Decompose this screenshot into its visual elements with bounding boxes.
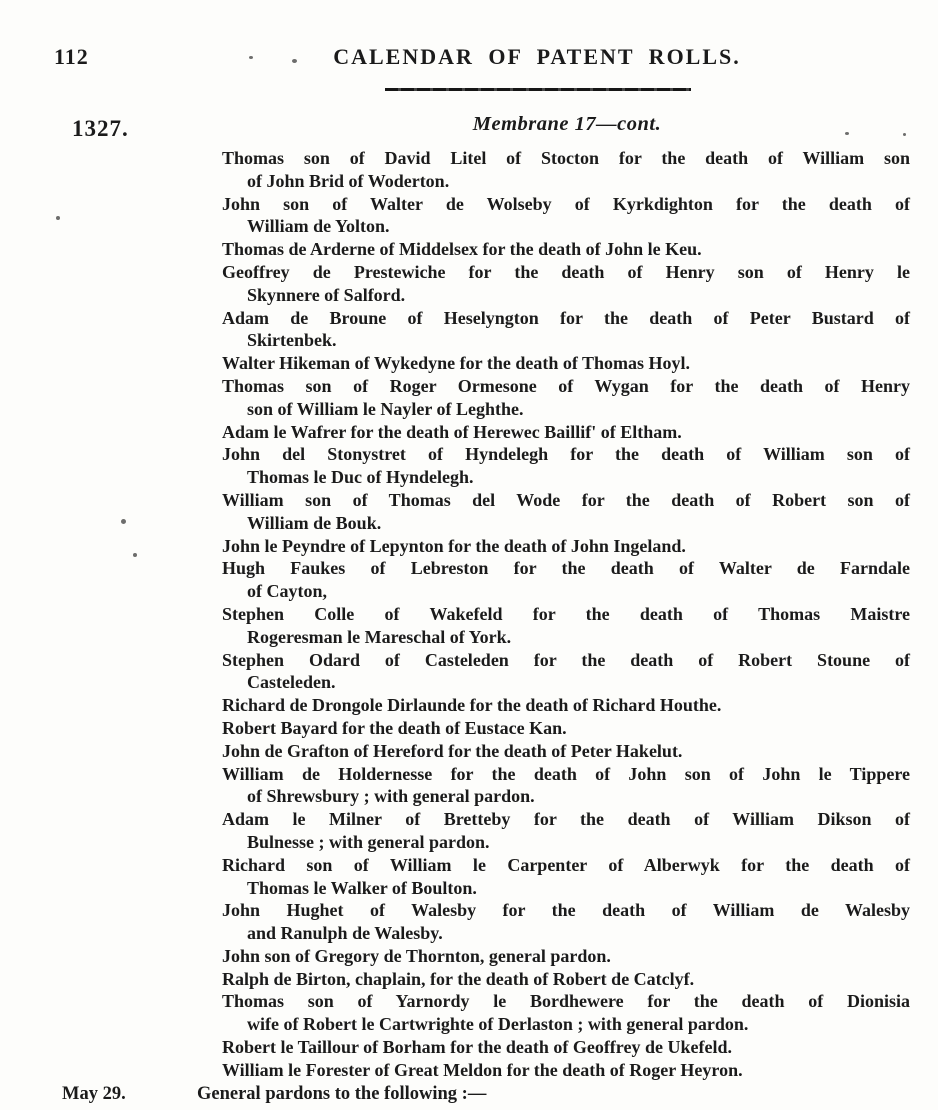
pardon-entry: Thomas son of Yarnordy le Bordhewere for… — [222, 990, 910, 1036]
entry-line: of Cayton, — [222, 580, 910, 603]
entry-line: William de Bouk. — [222, 512, 910, 535]
entry-line: John Hughet of Walesby for the death of … — [222, 899, 910, 922]
margin-year: 1327. — [72, 116, 129, 142]
pardon-entry: Thomas son of David Litel of Stocton for… — [222, 147, 910, 193]
entry-line: Adam le Milner of Bretteby for the death… — [222, 808, 910, 831]
scan-speck — [133, 553, 137, 557]
entry-line: John del Stonystret of Hyndelegh for the… — [222, 443, 910, 466]
membrane-heading: Membrane 17—cont. — [166, 113, 938, 136]
pardon-entry: Robert le Taillour of Borham for the dea… — [222, 1036, 910, 1059]
pardon-entry: Geoffrey de Prestewiche for the death of… — [222, 261, 910, 307]
pardon-entry: William de Holdernesse for the death of … — [222, 763, 910, 809]
pardon-entry-list: Thomas son of David Litel of Stocton for… — [197, 147, 910, 1082]
entry-line: Skirtenbek. — [222, 329, 910, 352]
entry-line: Skynnere of Salford. — [222, 284, 910, 307]
entry-line: Thomas son of Roger Ormesone of Wygan fo… — [222, 375, 910, 398]
pardon-entry: Robert Bayard for the death of Eustace K… — [222, 717, 910, 740]
page-number: 112 — [54, 44, 89, 70]
entry-line: Thomas le Walker of Boulton. — [222, 877, 910, 900]
pardon-entry: Adam de Broune of Heselyngton for the de… — [222, 307, 910, 353]
pardon-entry: John son of Walter de Wolseby of Kyrkdig… — [222, 193, 910, 239]
entry-line: wife of Robert le Cartwrighte of Derlast… — [222, 1013, 910, 1036]
entry-line: Richard son of William le Carpenter of A… — [222, 854, 910, 877]
entry-line: Hugh Faukes of Lebreston for the death o… — [222, 557, 910, 580]
entry-line: William de Yolton. — [222, 215, 910, 238]
entry-line: Robert Bayard for the death of Eustace K… — [222, 717, 910, 740]
entry-line: of Shrewsbury ; with general pardon. — [222, 785, 910, 808]
entry-line: Adam de Broune of Heselyngton for the de… — [222, 307, 910, 330]
pardon-entry: Walter Hikeman of Wykedyne for the death… — [222, 352, 910, 375]
pardon-entry: Ralph de Birton, chaplain, for the death… — [222, 968, 910, 991]
scan-speck — [845, 132, 849, 135]
pardon-entry: John Hughet of Walesby for the death of … — [222, 899, 910, 945]
entry-line: Thomas le Duc of Hyndelegh. — [222, 466, 910, 489]
pardon-entry: Thomas son of Roger Ormesone of Wygan fo… — [222, 375, 910, 421]
pardon-entry: William le Forester of Great Meldon for … — [222, 1059, 910, 1082]
entry-line: Bulnesse ; with general pardon. — [222, 831, 910, 854]
scan-speck — [56, 216, 60, 220]
scan-speck — [903, 133, 906, 136]
entry-line: Robert le Taillour of Borham for the dea… — [222, 1036, 910, 1059]
scan-speck — [249, 56, 253, 59]
entry-line: William le Forester of Great Meldon for … — [222, 1059, 910, 1082]
pardon-entry: John del Stonystret of Hyndelegh for the… — [222, 443, 910, 489]
header-rule — [385, 88, 691, 91]
entry-line: Ralph de Birton, chaplain, for the death… — [222, 968, 910, 991]
entry-line: Rogeresman le Mareschal of York. — [222, 626, 910, 649]
pardon-entry: William son of Thomas del Wode for the d… — [222, 489, 910, 535]
pardon-entry: Adam le Wafrer for the death of Herewec … — [222, 421, 910, 444]
entry-line: Stephen Colle of Wakefeld for the death … — [222, 603, 910, 626]
pardon-entry: Hugh Faukes of Lebreston for the death o… — [222, 557, 910, 603]
entry-line: Stephen Odard of Casteleden for the deat… — [222, 649, 910, 672]
scan-speck — [121, 519, 126, 524]
entry-line: Adam le Wafrer for the death of Herewec … — [222, 421, 910, 444]
pardon-entry: Stephen Odard of Casteleden for the deat… — [222, 649, 910, 695]
entry-line: Casteleden. — [222, 671, 910, 694]
closing-line: General pardons to the following :— — [197, 1084, 486, 1105]
entry-line: John de Grafton of Hereford for the deat… — [222, 740, 910, 763]
scanned-book-page: 112 CALENDAR OF PATENT ROLLS. 1327. Memb… — [0, 0, 938, 1110]
entry-line: Thomas de Arderne of Middelsex for the d… — [222, 238, 910, 261]
entry-line: John son of Gregory de Thornton, general… — [222, 945, 910, 968]
pardon-entry: John son of Gregory de Thornton, general… — [222, 945, 910, 968]
running-title: CALENDAR OF PATENT ROLLS. — [136, 44, 938, 70]
entry-line: of John Brid of Woderton. — [222, 170, 910, 193]
margin-date: May 29. — [62, 1084, 126, 1105]
pardon-entry: Richard de Drongole Dirlaunde for the de… — [222, 694, 910, 717]
entry-line: Geoffrey de Prestewiche for the death of… — [222, 261, 910, 284]
pardon-entry: Thomas de Arderne of Middelsex for the d… — [222, 238, 910, 261]
pardon-entry: John le Peyndre of Lepynton for the deat… — [222, 535, 910, 558]
entry-line: Walter Hikeman of Wykedyne for the death… — [222, 352, 910, 375]
entry-line: son of William le Nayler of Leghthe. — [222, 398, 910, 421]
entry-line: Richard de Drongole Dirlaunde for the de… — [222, 694, 910, 717]
scan-speck — [292, 59, 297, 63]
entry-line: William son of Thomas del Wode for the d… — [222, 489, 910, 512]
entry-line: Thomas son of Yarnordy le Bordhewere for… — [222, 990, 910, 1013]
entry-line: John le Peyndre of Lepynton for the deat… — [222, 535, 910, 558]
pardon-entry: Richard son of William le Carpenter of A… — [222, 854, 910, 900]
pardon-entry: Stephen Colle of Wakefeld for the death … — [222, 603, 910, 649]
entry-line: John son of Walter de Wolseby of Kyrkdig… — [222, 193, 910, 216]
pardon-entry: Adam le Milner of Bretteby for the death… — [222, 808, 910, 854]
entry-line: and Ranulph de Walesby. — [222, 922, 910, 945]
pardon-entry: John de Grafton of Hereford for the deat… — [222, 740, 910, 763]
entry-line: William de Holdernesse for the death of … — [222, 763, 910, 786]
entry-line: Thomas son of David Litel of Stocton for… — [222, 147, 910, 170]
